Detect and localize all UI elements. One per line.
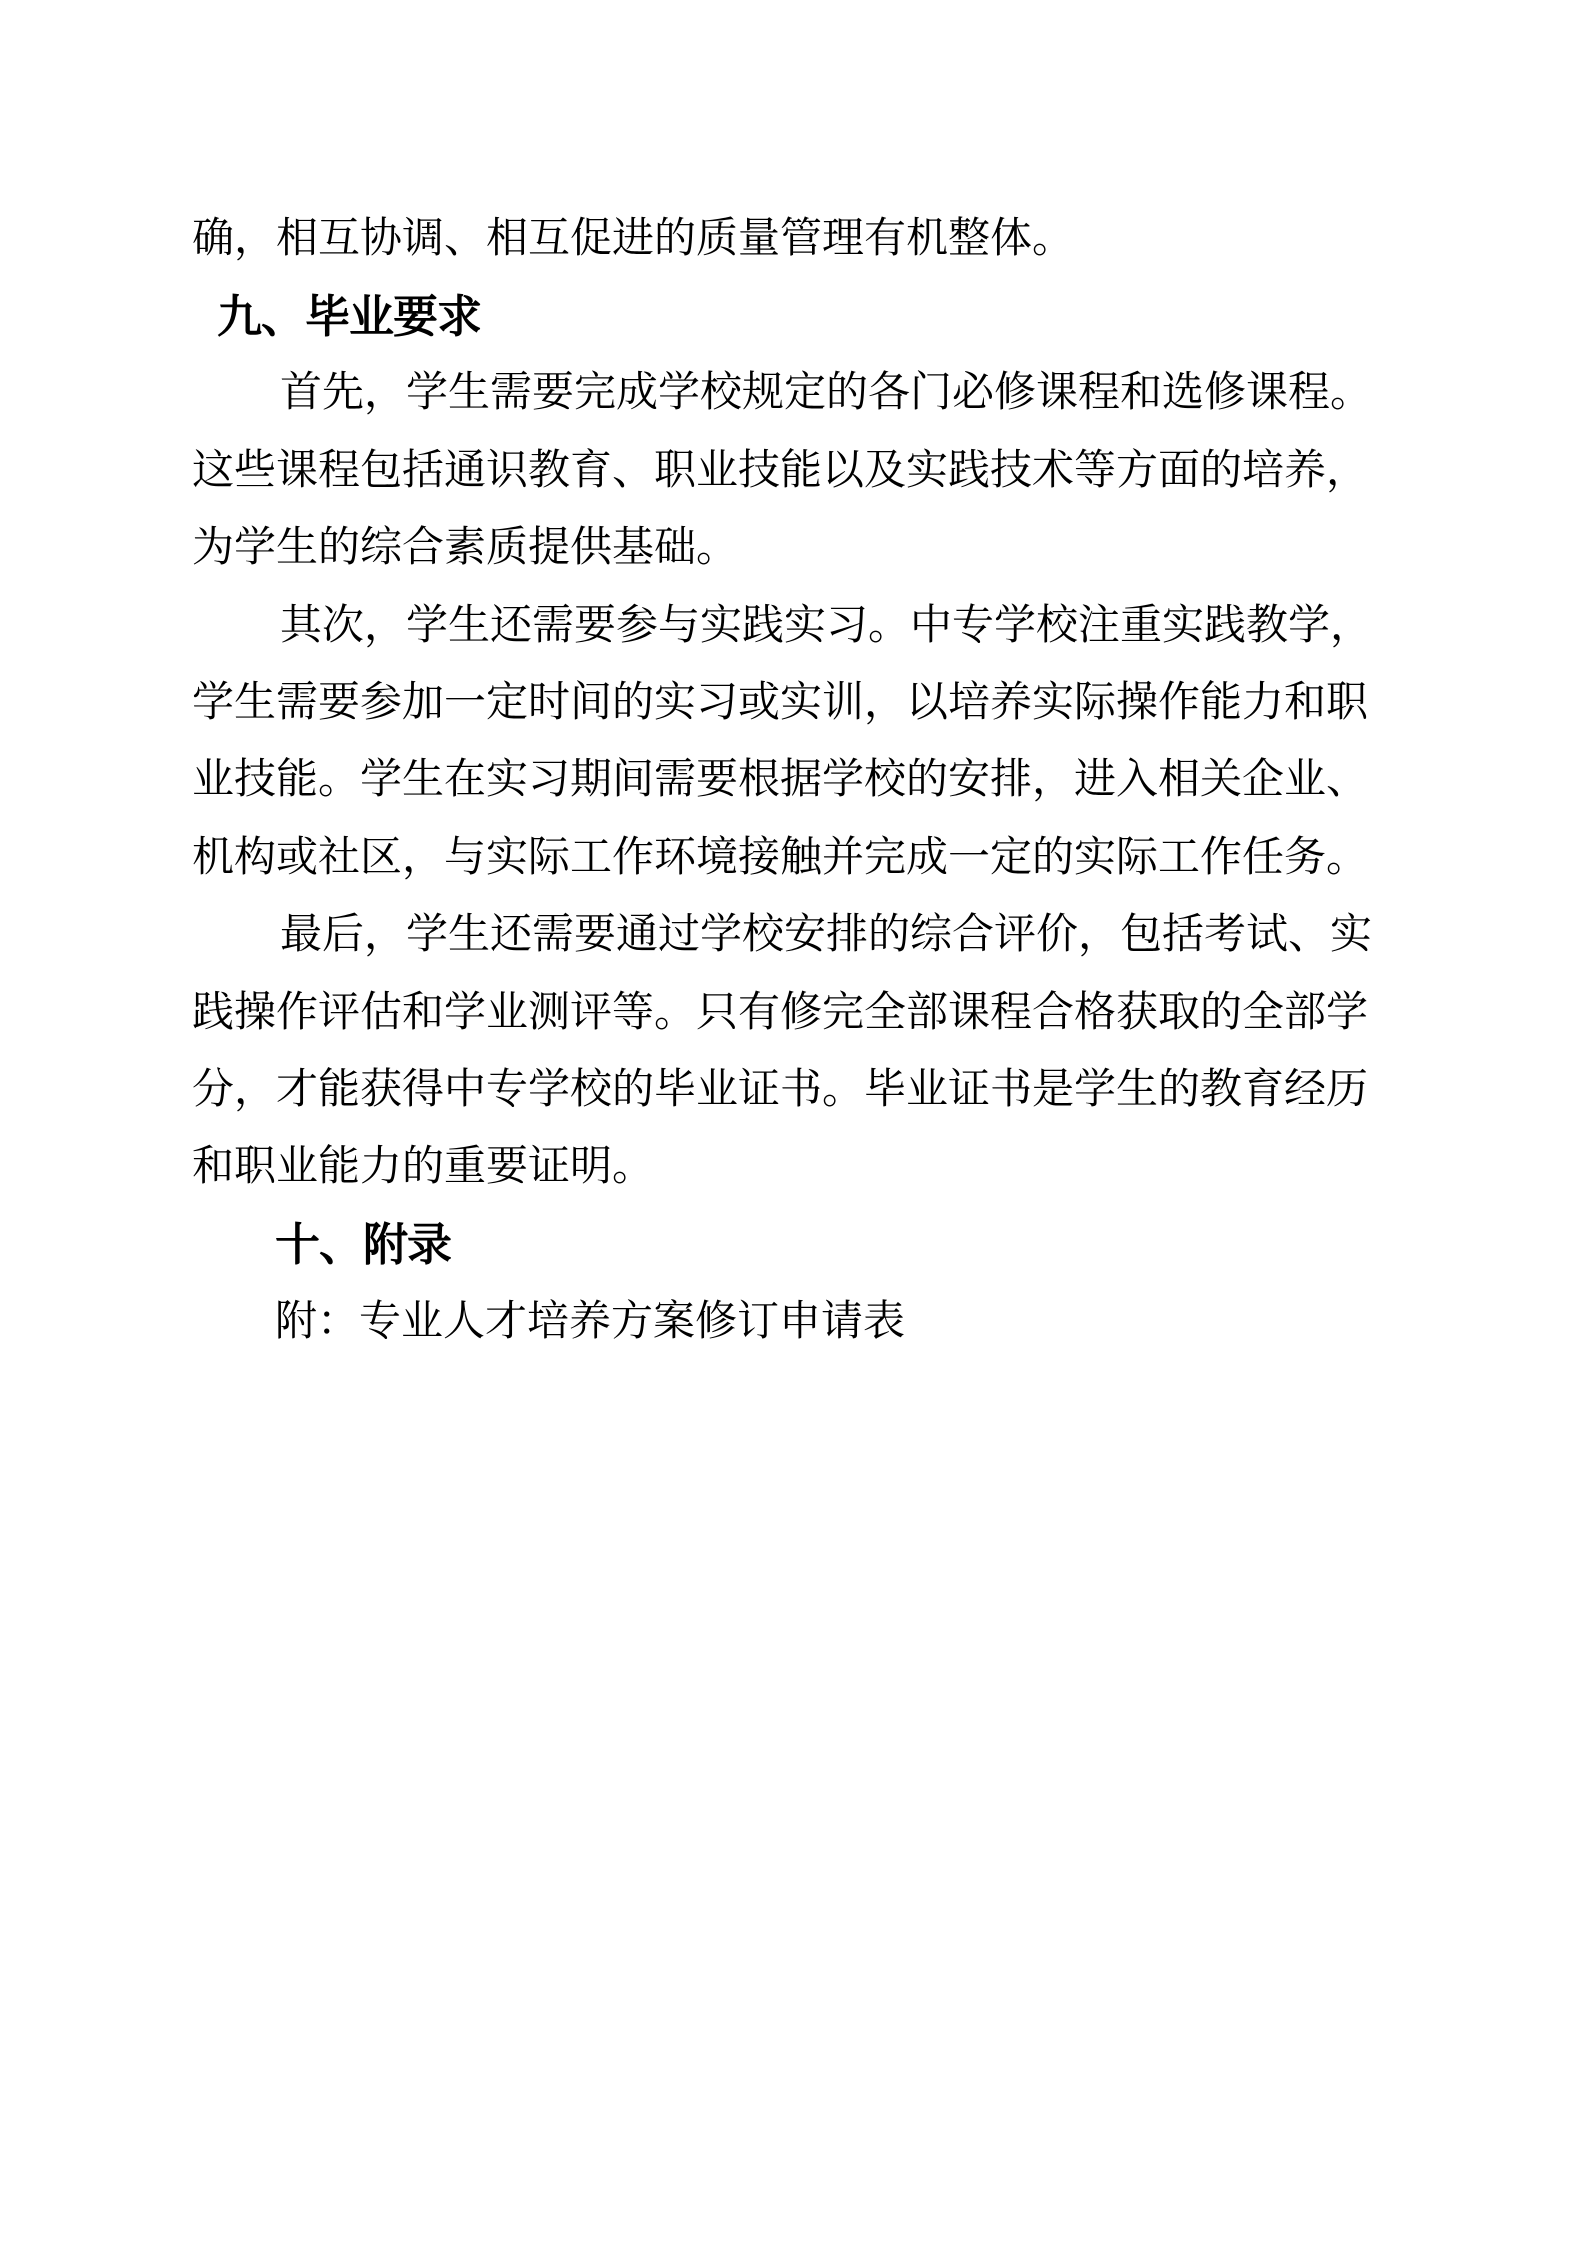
character-cell: 修 [695,1301,737,1343]
text-content: 确，相互协调、相互促进的质量管理有机整体。九、毕业要求首先，学生需要完成学校规定… [192,200,1367,1361]
character-cell: 合 [1032,992,1074,1034]
character-cell: ， [234,218,276,260]
character-cell: 学 [994,605,1036,647]
character-cell: 需 [276,682,318,724]
character-cell: 安 [784,914,826,956]
character-cell: 作 [612,837,654,879]
character-cell: 校 [700,372,742,414]
character-cell: 等 [612,992,654,1034]
character-cell: 选 [1162,372,1204,414]
text-line: 这些课程包括通识教育、职业技能以及实践技术等方面的培养， [192,432,1367,509]
character-cell: 这 [192,450,234,492]
character-cell: 重 [444,1146,486,1188]
character-cell: 职 [1326,682,1368,724]
character-cell: 并 [822,837,864,879]
character-cell: 际 [1116,837,1158,879]
character-cell: 的 [906,759,948,801]
character-cell: 提 [528,527,570,569]
character-cell: 的 [1158,1069,1200,1111]
character-cell: 相 [1158,759,1200,801]
character-cell: 实 [700,605,742,647]
character-cell: 参 [360,682,402,724]
character-cell: 进 [612,218,654,260]
character-cell: 时 [528,682,570,724]
character-cell: 期 [570,759,612,801]
character-cell: 校 [742,914,784,956]
character-cell: 作 [1200,837,1242,879]
character-cell: 部 [1284,992,1326,1034]
character-cell: 订 [737,1301,779,1343]
character-cell: 明 [570,1146,612,1188]
character-cell: 排 [826,914,868,956]
character-cell: 学 [234,527,276,569]
character-cell: 学 [822,759,864,801]
character-cell: 完 [822,992,864,1034]
character-cell: 格 [1074,992,1116,1034]
character-cell: 括 [402,450,444,492]
character-cell: 得 [402,1069,444,1111]
character-cell: 习 [826,605,868,647]
character-cell: ， [1032,759,1074,801]
character-cell: 综 [360,527,402,569]
character-cell: 实 [906,450,948,492]
character-cell: 整 [948,218,990,260]
character-cell: 业 [906,1069,948,1111]
character-cell: 分 [192,1069,234,1111]
character-cell: 育 [570,450,612,492]
character-cell: 评 [318,992,360,1034]
text-line: 学生需要参加一定时间的实习或实训，以培养实际操作能力和职 [192,664,1367,741]
character-cell: 习 [696,682,738,724]
character-cell: 只 [696,992,738,1034]
character-cell: 需 [654,759,696,801]
character-cell: 成 [906,837,948,879]
character-cell: ， [1330,605,1372,647]
character-cell: 才 [485,1301,527,1343]
character-cell: 后 [322,914,364,956]
character-cell: 理 [822,218,864,260]
character-cell: 其 [280,605,322,647]
character-cell: 需 [532,605,574,647]
character-cell: 为 [192,527,234,569]
character-cell: 术 [1032,450,1074,492]
character-cell: 根 [738,759,780,801]
character-cell: 础 [654,527,696,569]
character-cell: 要 [696,759,738,801]
character-cell: ： [317,1301,359,1343]
character-cell: 基 [612,527,654,569]
character-cell: 要 [393,294,437,339]
character-cell: 间 [570,682,612,724]
character-cell: 课 [1036,372,1078,414]
character-cell: 互 [528,218,570,260]
character-cell: 安 [948,759,990,801]
character-cell: 学 [444,992,486,1034]
character-cell: 修 [780,992,822,1034]
character-cell: 包 [360,450,402,492]
character-cell: 书 [990,1069,1032,1111]
character-cell: 或 [738,682,780,724]
text-line: 最后，学生还需要通过学校安排的综合评价，包括考试、实 [192,897,1367,974]
character-cell: 以 [906,682,948,724]
character-cell: 协 [360,218,402,260]
character-cell: 专 [359,1301,401,1343]
character-cell: 学 [406,914,448,956]
character-cell: ， [234,1069,276,1111]
character-cell: 学 [1288,605,1330,647]
character-cell: 能 [318,1069,360,1111]
character-cell: 学 [1326,992,1368,1034]
character-cell: 学 [528,1069,570,1111]
character-cell: 加 [402,682,444,724]
character-cell: ， [864,682,906,724]
character-cell: 过 [658,914,700,956]
character-cell: 学 [406,372,448,414]
character-cell: 业 [276,1146,318,1188]
character-cell: 作 [1158,682,1200,724]
character-cell: 定 [784,372,826,414]
character-cell: 、 [1326,759,1368,801]
character-cell: 门 [910,372,952,414]
character-cell: 量 [738,218,780,260]
character-cell: 等 [1074,450,1116,492]
character-cell: 学 [658,372,700,414]
character-cell: 工 [570,837,612,879]
character-cell: 业 [192,759,234,801]
character-cell: 毕 [864,1069,906,1111]
character-cell: 、 [319,1222,363,1267]
character-cell: 和 [402,992,444,1034]
character-cell: 获 [1116,992,1158,1034]
character-cell: 在 [444,759,486,801]
character-cell: 生 [234,682,276,724]
section-heading: 十、附录 [192,1206,1367,1283]
character-cell: 调 [402,218,444,260]
character-cell: 触 [780,837,822,879]
character-cell: 一 [948,837,990,879]
character-cell: 修 [994,372,1036,414]
character-cell: 的 [612,682,654,724]
character-cell: 的 [1032,837,1074,879]
character-cell: 生 [276,527,318,569]
character-cell: 校 [570,1069,612,1111]
character-cell: 评 [994,914,1036,956]
character-cell: 各 [868,372,910,414]
character-cell: 成 [616,372,658,414]
character-cell: 课 [948,992,990,1034]
character-cell: 面 [1158,450,1200,492]
character-cell: 养 [1284,450,1326,492]
section-heading: 九、毕业要求 [192,277,1367,354]
character-cell: 际 [1074,682,1116,724]
character-cell: 请 [821,1301,863,1343]
character-cell: 次 [322,605,364,647]
character-cell: 机 [906,218,948,260]
character-cell: 部 [906,992,948,1034]
character-cell: 和 [1284,682,1326,724]
character-cell: ， [402,837,444,879]
character-cell: 要 [574,914,616,956]
character-cell: 附 [363,1222,407,1267]
character-cell: 业 [486,992,528,1034]
character-cell: 学 [1074,1069,1116,1111]
character-cell: 证 [948,1069,990,1111]
character-cell: 供 [570,527,612,569]
character-cell: 技 [990,450,1032,492]
document-page: 确，相互协调、相互促进的质量管理有机整体。九、毕业要求首先，学生需要完成学校规定… [0,0,1587,2245]
character-cell: 践 [1204,605,1246,647]
character-cell: 进 [1074,759,1116,801]
character-cell: 实 [486,837,528,879]
character-cell: 践 [742,605,784,647]
character-cell: 素 [444,527,486,569]
character-cell: 是 [1032,1069,1074,1111]
character-cell: 才 [276,1069,318,1111]
character-cell: 习 [528,759,570,801]
character-cell: 践 [948,450,990,492]
character-cell: ， [364,372,406,414]
character-cell: 区 [360,837,402,879]
character-cell: 程 [318,450,360,492]
character-cell: 。 [1032,218,1074,260]
character-cell: 表 [863,1301,905,1343]
character-cell: 。 [822,1069,864,1111]
character-cell: 合 [402,527,444,569]
character-cell: 业 [696,450,738,492]
character-cell: ， [364,914,406,956]
character-cell: 获 [360,1069,402,1111]
character-cell: 操 [1116,682,1158,724]
character-cell: 最 [280,914,322,956]
character-cell: 合 [952,914,994,956]
text-line: 确，相互协调、相互促进的质量管理有机整体。 [192,200,1367,277]
character-cell: 的 [1200,450,1242,492]
character-cell: 定 [486,682,528,724]
character-cell: 排 [990,759,1032,801]
character-cell: 还 [490,914,532,956]
character-cell: 些 [234,450,276,492]
character-cell: 实 [784,605,826,647]
character-cell: 操 [234,992,276,1034]
text-line: 机构或社区，与实际工作环境接触并完成一定的实际工作任务。 [192,819,1367,896]
character-cell: 程 [990,992,1032,1034]
character-cell: 校 [1036,605,1078,647]
character-cell: 价 [1036,914,1078,956]
character-cell: 构 [234,837,276,879]
character-cell: 能 [780,450,822,492]
character-cell: 取 [1158,992,1200,1034]
character-cell: 职 [234,1146,276,1188]
character-cell: 人 [443,1301,485,1343]
character-cell: 接 [738,837,780,879]
character-cell: 教 [1200,1069,1242,1111]
character-cell: 综 [910,914,952,956]
character-cell: 录 [407,1222,451,1267]
character-cell: 包 [1120,914,1162,956]
character-cell: 技 [738,450,780,492]
character-cell: 实 [780,682,822,724]
text-line: 附：专业人才培养方案修订申请表 [192,1283,1367,1360]
character-cell: 生 [448,914,490,956]
character-cell: 实 [1032,682,1074,724]
character-cell: 完 [574,372,616,414]
character-cell: 任 [1242,837,1284,879]
character-cell: 的 [868,914,910,956]
character-cell: 养 [569,1301,611,1343]
character-cell: 生 [1116,1069,1158,1111]
character-cell: ， [1078,914,1120,956]
character-cell: 及 [864,450,906,492]
character-cell: 需 [532,914,574,956]
character-cell: 完 [864,837,906,879]
character-cell: 全 [1242,992,1284,1034]
character-cell: 促 [570,218,612,260]
character-cell: 管 [780,218,822,260]
character-cell: 。 [1330,372,1372,414]
character-cell: 业 [1284,759,1326,801]
character-cell: 毕 [305,294,349,339]
character-cell: 与 [658,605,700,647]
character-cell: 践 [192,992,234,1034]
character-cell: 毕 [654,1069,696,1111]
character-cell: 识 [486,450,528,492]
character-cell: 培 [527,1301,569,1343]
character-cell: 专 [952,605,994,647]
text-line: 首先，学生需要完成学校规定的各门必修课程和选修课程。 [192,355,1367,432]
character-cell: ， [364,605,406,647]
character-cell: 生 [448,605,490,647]
character-cell: 境 [696,837,738,879]
character-cell: 、 [1288,914,1330,956]
character-cell: 的 [654,218,696,260]
character-cell: 作 [276,992,318,1034]
character-cell: 和 [1120,372,1162,414]
character-cell: 课 [1246,372,1288,414]
character-cell: 规 [742,372,784,414]
character-cell: 间 [612,759,654,801]
character-cell: 入 [1116,759,1158,801]
character-cell: 估 [360,992,402,1034]
character-cell: 课 [276,450,318,492]
character-cell: 求 [437,294,481,339]
character-cell: 实 [654,682,696,724]
character-cell: 和 [192,1146,234,1188]
character-cell: 力 [1242,682,1284,724]
character-cell: 的 [826,372,868,414]
character-cell: 需 [490,372,532,414]
text-line: 其次，学生还需要参与实践实习。中专学校注重实践教学， [192,587,1367,664]
character-cell: 工 [1158,837,1200,879]
character-cell: 与 [444,837,486,879]
character-cell: 。 [696,527,738,569]
character-cell: 相 [276,218,318,260]
character-cell: 必 [952,372,994,414]
character-cell: 、 [444,218,486,260]
character-cell: 训 [822,682,864,724]
character-cell: 全 [864,992,906,1034]
character-cell: 还 [490,605,532,647]
character-cell: 先 [322,372,364,414]
character-cell: 业 [401,1301,443,1343]
character-cell: 专 [486,1069,528,1111]
text-line: 为学生的综合素质提供基础。 [192,510,1367,587]
character-cell: 务 [1284,837,1326,879]
character-cell: 书 [780,1069,822,1111]
character-cell: 一 [444,682,486,724]
character-cell: 体 [990,218,1032,260]
character-cell: 实 [1330,914,1372,956]
character-cell: 业 [349,294,393,339]
character-cell: 。 [654,992,696,1034]
character-cell: 评 [570,992,612,1034]
character-cell: 的 [402,1146,444,1188]
character-cell: 经 [1284,1069,1326,1111]
character-cell: 申 [779,1301,821,1343]
character-cell: 要 [574,605,616,647]
character-cell: 方 [611,1301,653,1343]
character-cell: 。 [868,605,910,647]
character-cell: 学 [192,682,234,724]
character-cell: 首 [280,372,322,414]
character-cell: 十 [275,1222,319,1267]
character-cell: 实 [1074,837,1116,879]
character-cell: 要 [318,682,360,724]
character-cell: 修 [1204,372,1246,414]
character-cell: 、 [261,294,305,339]
character-cell: 的 [612,1069,654,1111]
character-cell: 职 [654,450,696,492]
character-cell: 通 [444,450,486,492]
character-cell: 相 [486,218,528,260]
character-cell: 括 [1162,914,1204,956]
character-cell: 企 [1242,759,1284,801]
character-cell: 校 [864,759,906,801]
character-cell: 据 [780,759,822,801]
character-cell: 九 [217,294,261,339]
character-cell: 学 [360,759,402,801]
character-cell: 案 [653,1301,695,1343]
character-cell: 有 [738,992,780,1034]
character-cell: 能 [276,759,318,801]
character-cell: 考 [1204,914,1246,956]
character-cell: 教 [528,450,570,492]
character-cell: 生 [448,372,490,414]
character-cell: 。 [612,1146,654,1188]
character-cell: 教 [1246,605,1288,647]
character-cell: 的 [318,527,360,569]
character-cell: ， [1326,450,1368,492]
character-cell: 实 [1162,605,1204,647]
character-cell: 学 [406,605,448,647]
character-cell: 测 [528,992,570,1034]
character-cell: 质 [696,218,738,260]
character-cell: 关 [1200,759,1242,801]
text-line: 和职业能力的重要证明。 [192,1129,1367,1206]
character-cell: 方 [1116,450,1158,492]
character-cell: 的 [1200,992,1242,1034]
character-cell: 程 [1288,372,1330,414]
text-line: 业技能。学生在实习期间需要根据学校的安排，进入相关企业、 [192,742,1367,819]
character-cell: 确 [192,218,234,260]
character-cell: 培 [948,682,990,724]
character-cell: 环 [654,837,696,879]
character-cell: 程 [1078,372,1120,414]
text-line: 分，才能获得中专学校的毕业证书。毕业证书是学生的教育经历 [192,1051,1367,1128]
character-cell: 业 [696,1069,738,1111]
character-cell: 重 [1120,605,1162,647]
character-cell: 试 [1246,914,1288,956]
character-cell: 能 [318,1146,360,1188]
